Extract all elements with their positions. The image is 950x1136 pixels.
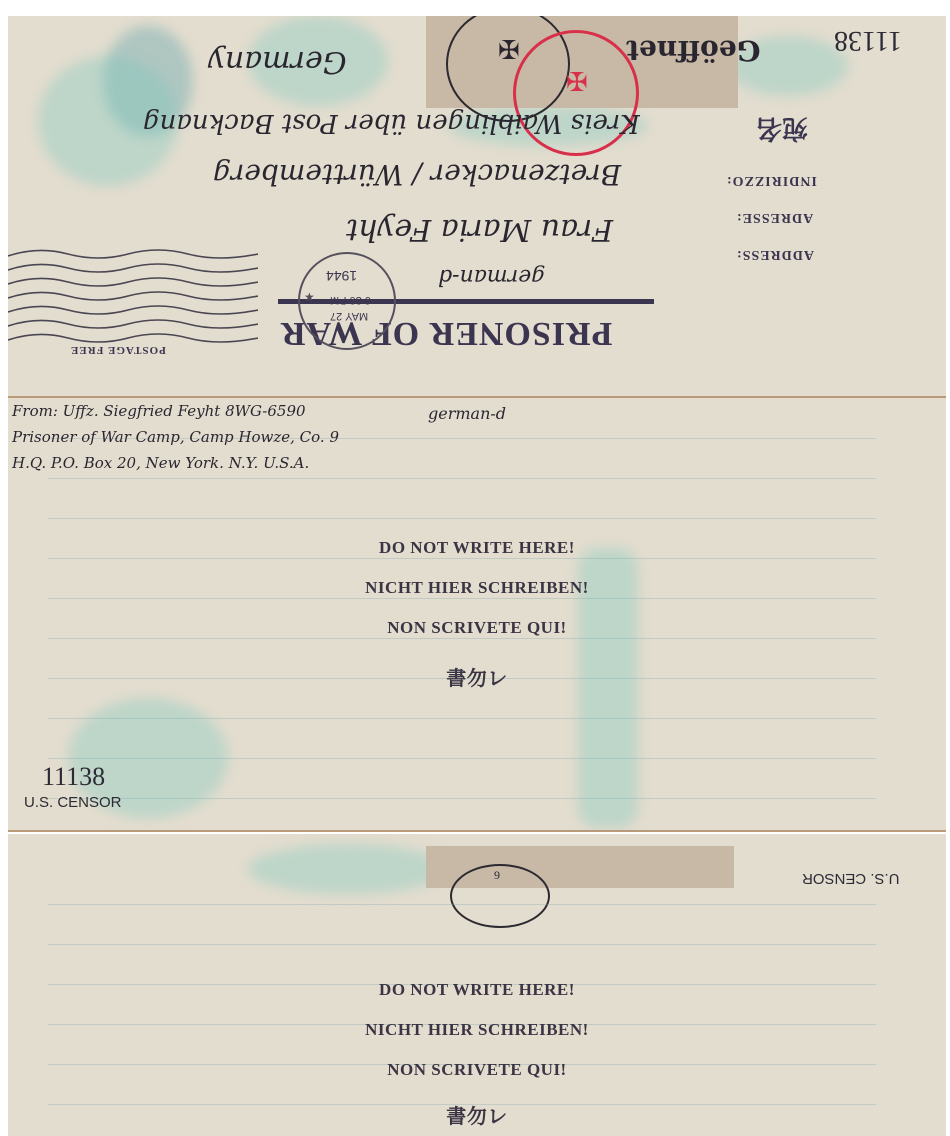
handwritten-address-line3: Kreis Waiblingen über Post Backnang [143,108,640,138]
notice-japanese: 書勿レ [8,1100,946,1129]
postmark-date: MAY 27 [330,310,368,322]
eagle-emblem-icon: ✠ [498,36,520,66]
censor-tape-label: Geöffnet [626,34,761,67]
stamp-fragment-number: 9 [494,868,500,883]
red-eagle-emblem-icon: ✠ [566,68,588,98]
handwritten-address-line1: Frau Maria Feyht [346,212,613,247]
censor-number: 11138 [42,762,105,792]
censor-label: U.S. CENSOR [802,870,900,887]
address-label-english: ADDRESS: [736,246,814,262]
notice-german: NICHT HIER SCHREIBEN! [8,1020,946,1040]
sender-line1: From: Uffz. Siegfried Feyht 8WG-6590 [12,402,306,420]
sender-line2: Prisoner of War Camp, Camp Howze, Co. 9 [12,428,339,446]
ink-stain [248,844,448,894]
notice-english: DO NOT WRITE HERE! [8,538,946,558]
notice-italian: NON SCRIVETE QUI! [8,1060,946,1080]
notice-japanese: 書勿レ [8,662,946,691]
notice-english: DO NOT WRITE HERE! [8,980,946,1000]
handwritten-country: Germany [208,44,347,79]
sender-line3: H.Q. P.O. Box 20, New York. N.Y. U.S.A. [12,454,309,472]
censor-stamp-fragment [450,864,550,928]
address-label-italian: INDIRIZZO: [726,172,817,188]
letter-panel-middle: From: Uffz. Siegfried Feyht 8WG-6590 Pri… [8,398,946,832]
address-panel: Geöffnet ✠ ✠ 11138 宛名 INDIRIZZO: ADRESSE… [8,16,946,398]
handwritten-language-note: german-d [438,264,545,289]
censor-number: 11138 [834,24,902,56]
address-label-japanese: 宛名 [756,112,808,149]
star-icon: ★ [304,290,315,305]
censor-label: U.S. CENSOR [24,794,122,811]
letter-panel-bottom: 9 U.S. CENSOR DO NOT WRITE HERE! NICHT H… [8,834,946,1136]
machine-cancel-lines [8,246,258,356]
notice-italian: NON SCRIVETE QUI! [8,618,946,638]
postage-free-label: POSTAGE FREE [70,344,166,356]
language-note: german-d [428,404,506,423]
address-label-french: ADRESSE: [736,209,813,225]
postmark: 1944 6 30 PM MAY 27 ★ [298,252,396,350]
censor-tape: 9 [426,846,734,888]
handwritten-address-line2: Bretzenacker / Württemberg [213,158,621,191]
postmark-year: 1944 [326,268,357,284]
postmark-time: 6 30 PM [330,294,371,306]
notice-german: NICHT HIER SCHREIBEN! [8,578,946,598]
